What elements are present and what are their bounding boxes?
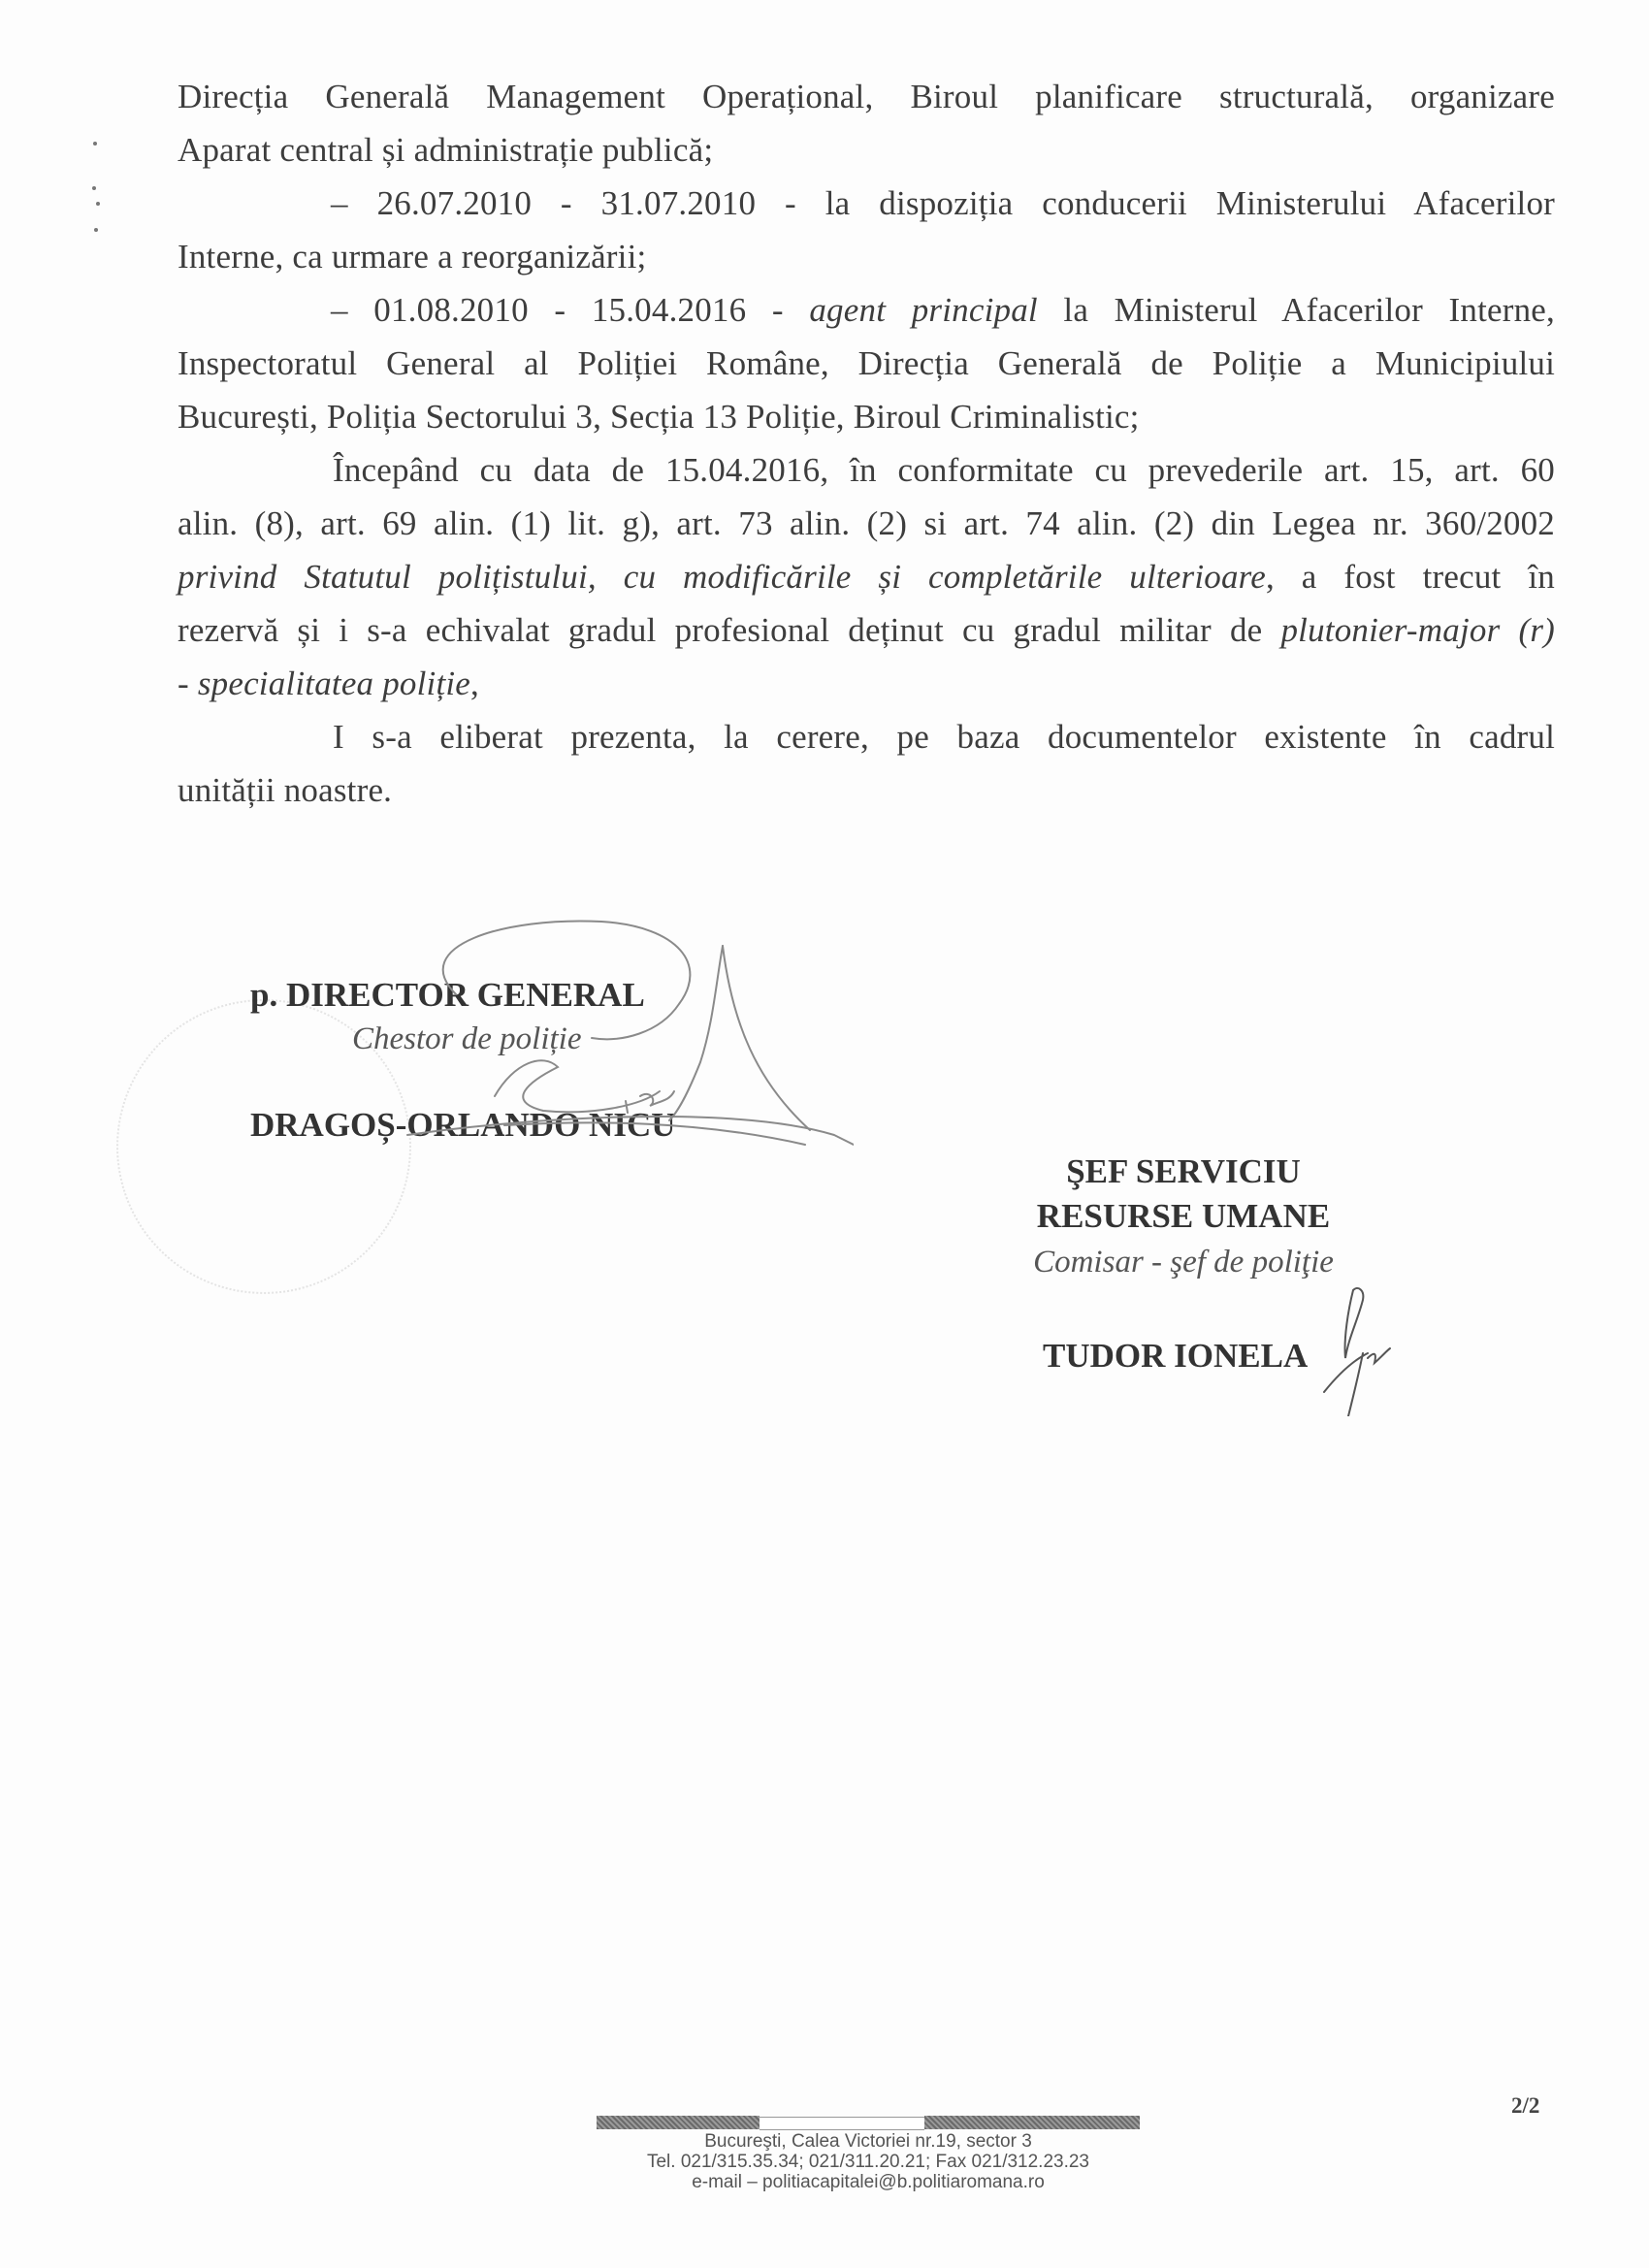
body-line: - specialitatea poliție, bbox=[178, 657, 1555, 710]
body-line: București, Poliția Sectorului 3, Secția … bbox=[178, 390, 1555, 443]
body-line: alin. (8), art. 69 alin. (1) lit. g), ar… bbox=[178, 497, 1555, 550]
scan-speck bbox=[93, 142, 97, 146]
footer-address: Bucureşti, Calea Victoriei nr.19, sector… bbox=[597, 2131, 1140, 2152]
employment-entry: – 01.08.2010 - 15.04.2016 - agent princi… bbox=[178, 283, 1555, 337]
signatory-title: ŞEF SERVICIU bbox=[999, 1150, 1368, 1194]
document-body: Direcția Generală Management Operațional… bbox=[178, 70, 1555, 817]
body-line: unității noastre. bbox=[178, 763, 1555, 817]
employment-entry: – 26.07.2010 - 31.07.2010 - la dispoziți… bbox=[178, 177, 1555, 230]
scan-speck bbox=[96, 202, 100, 206]
document-page: Direcția Generală Management Operațional… bbox=[0, 0, 1649, 2268]
page-number: 2/2 bbox=[1511, 2093, 1539, 2119]
signatory-hr-chief: ŞEF SERVICIU RESURSE UMANE Comisar - şef… bbox=[999, 1150, 1368, 1378]
body-line: Aparat central și administrație publică; bbox=[178, 123, 1555, 177]
letterhead-footer: Bucureşti, Calea Victoriei nr.19, sector… bbox=[597, 2116, 1140, 2192]
body-line: privind Statutul polițistului, cu modifi… bbox=[178, 550, 1555, 603]
signatory-rank: Comisar - şef de poliţie bbox=[999, 1241, 1368, 1283]
body-line: rezervă și i s-a echivalat gradul profes… bbox=[178, 603, 1555, 657]
footer-decorative-bar bbox=[597, 2116, 1140, 2129]
footer-email: e-mail – politiacapitalei@b.politiaroman… bbox=[597, 2172, 1140, 2192]
body-line: I s-a eliberat prezenta, la cerere, pe b… bbox=[178, 710, 1555, 763]
signatory-rank: Chestor de poliție bbox=[250, 1018, 871, 1060]
signatory-title: p. DIRECTOR GENERAL bbox=[250, 973, 871, 1018]
signatory-name: DRAGOȘ-ORLANDO NICU bbox=[250, 1103, 871, 1148]
signatory-name: TUDOR IONELA bbox=[999, 1334, 1368, 1378]
footer-phones: Tel. 021/315.35.34; 021/311.20.21; Fax 0… bbox=[597, 2152, 1140, 2172]
body-line: Inspectoratul General al Poliției Române… bbox=[178, 337, 1555, 390]
body-line: Interne, ca urmare a reorganizării; bbox=[178, 230, 1555, 283]
scan-speck bbox=[94, 228, 98, 232]
scan-speck bbox=[92, 186, 96, 190]
body-line: Direcția Generală Management Operațional… bbox=[178, 70, 1555, 123]
signatory-director: p. DIRECTOR GENERAL Chestor de poliție D… bbox=[250, 973, 871, 1148]
signatory-department: RESURSE UMANE bbox=[999, 1194, 1368, 1239]
body-line: Începând cu data de 15.04.2016, în confo… bbox=[178, 443, 1555, 497]
